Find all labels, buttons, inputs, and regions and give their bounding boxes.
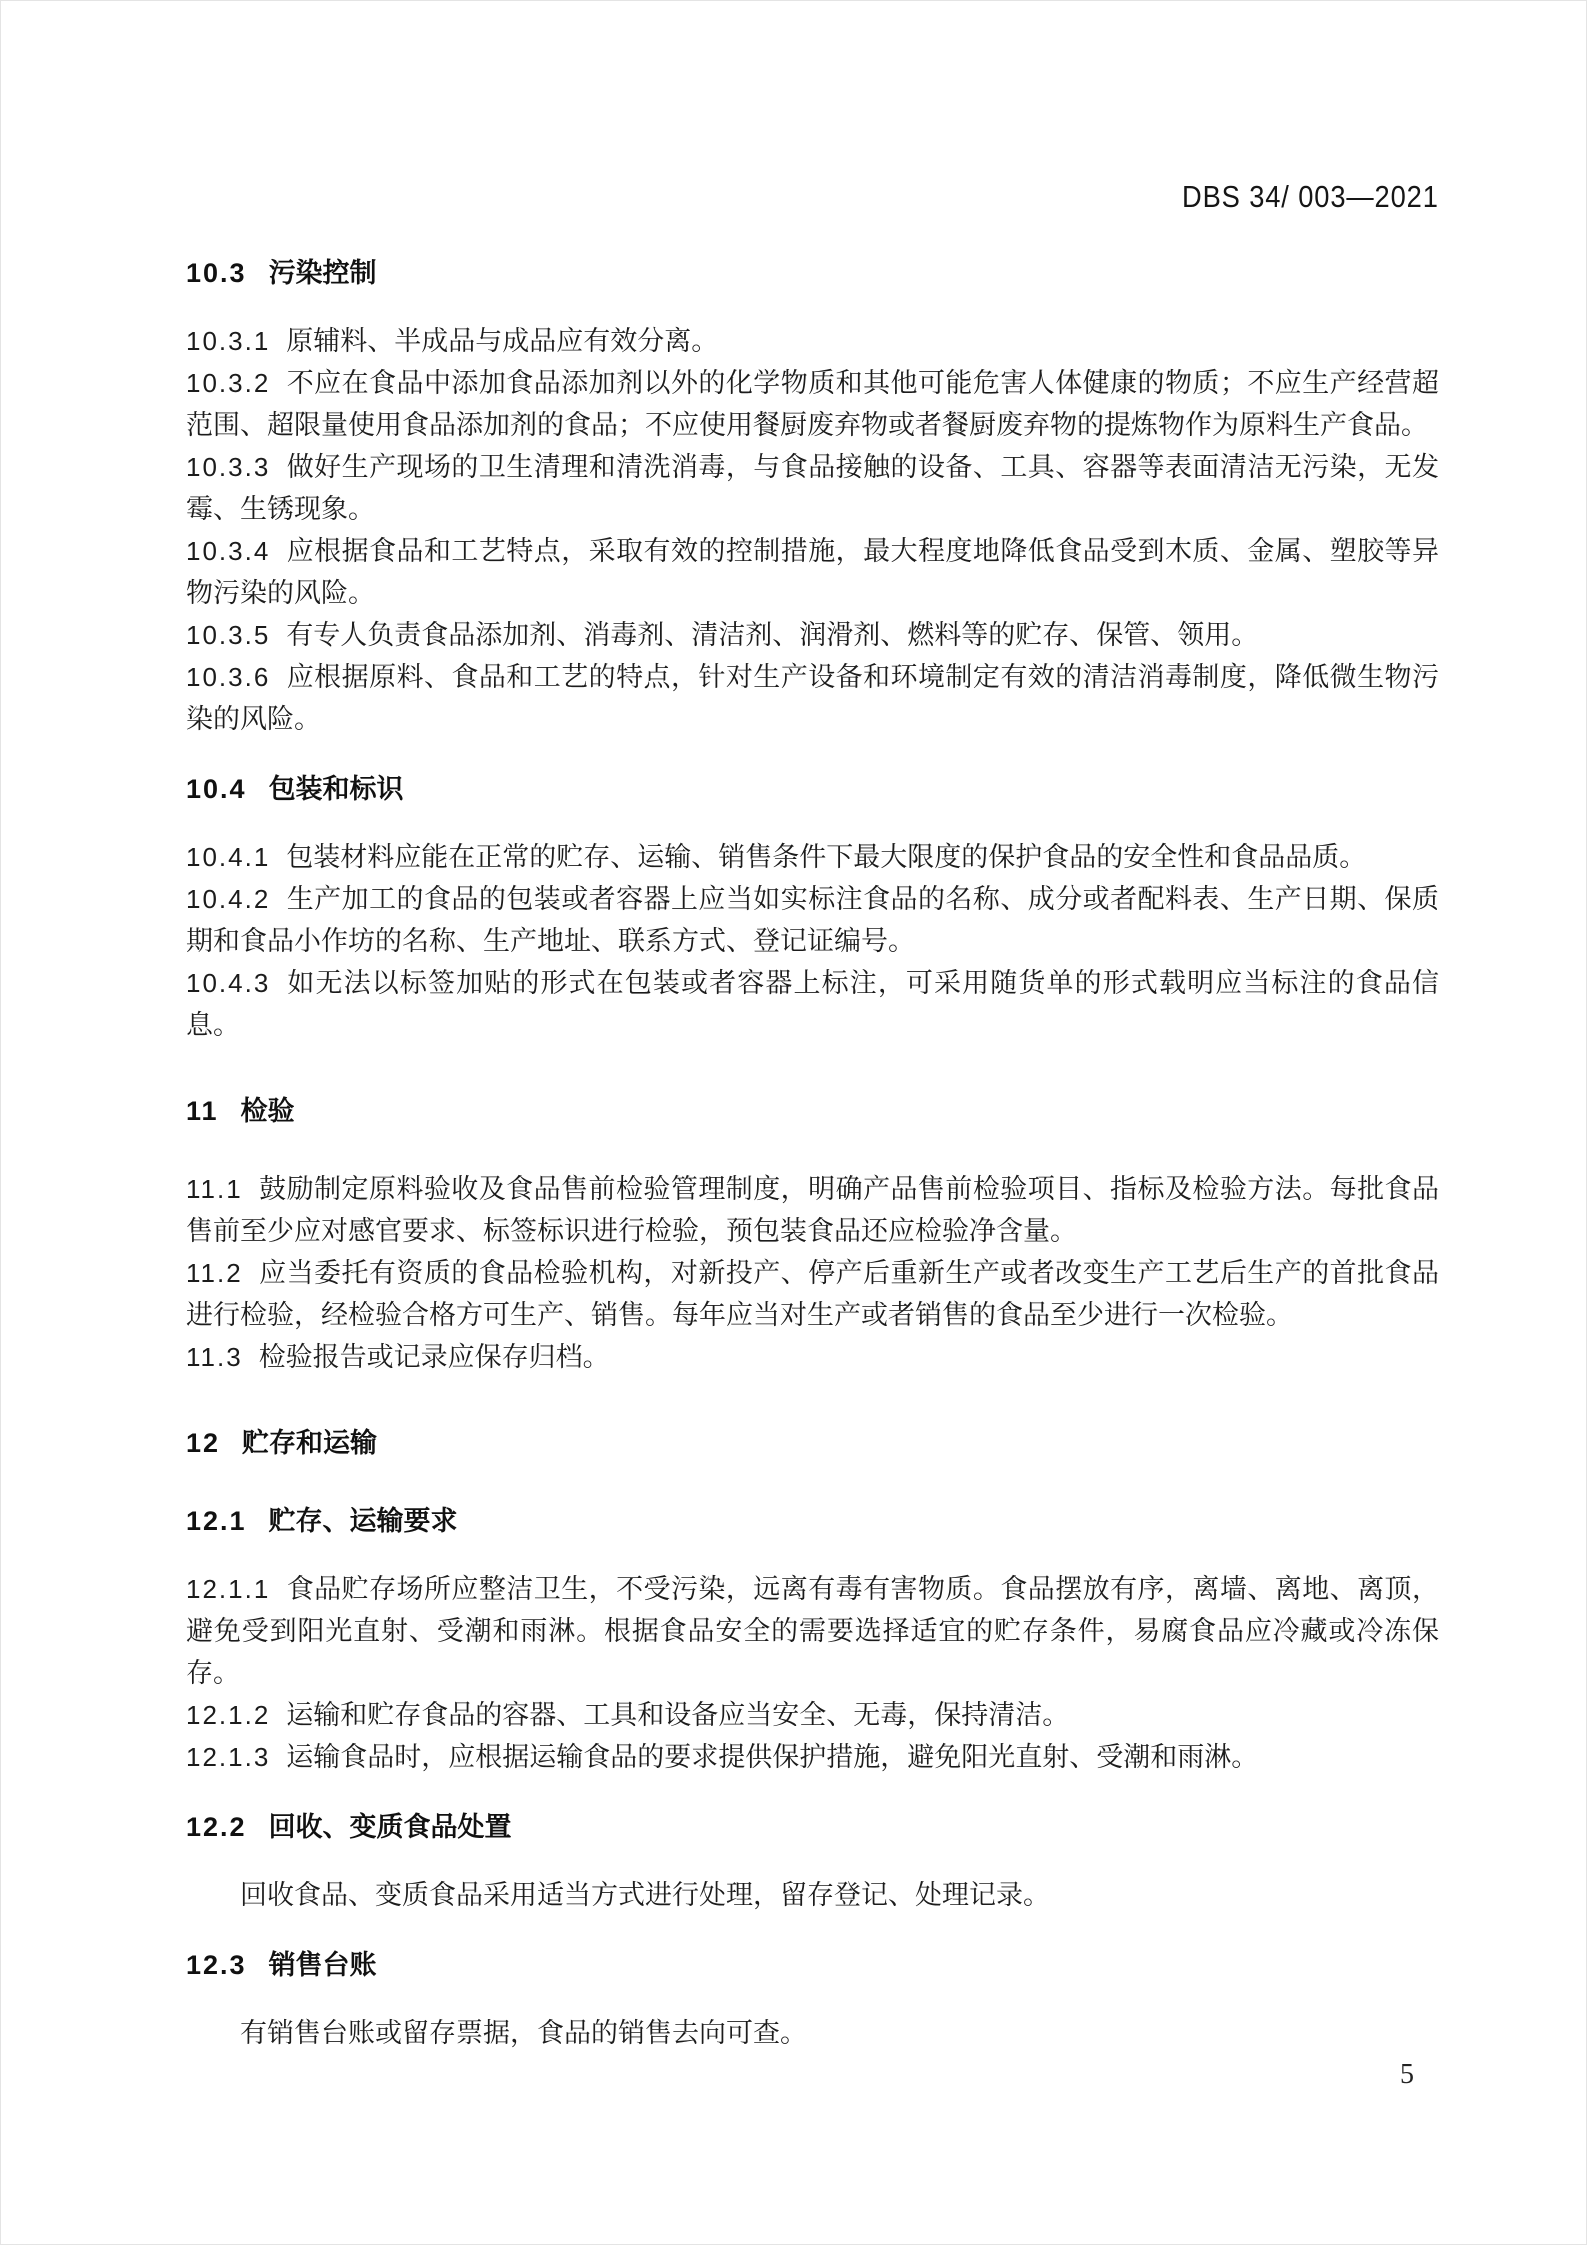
clause-number: 12.1.3 bbox=[186, 1742, 270, 1772]
section-number: 12.1 bbox=[186, 1506, 247, 1536]
clause-text: 生产加工的食品的包装或者容器上应当如实标注食品的名称、成分或者配料表、生产日期、… bbox=[186, 884, 1439, 956]
clause-text: 运输和贮存食品的容器、工具和设备应当安全、无毒，保持清洁。 bbox=[286, 1700, 1069, 1730]
document-header: DBS 34/ 003—2021 bbox=[186, 176, 1439, 224]
clause-number: 12.1.2 bbox=[186, 1700, 270, 1730]
clause-number: 11.1 bbox=[186, 1174, 243, 1204]
clause-text: 做好生产现场的卫生清理和清洗消毒，与食品接触的设备、工具、容器等表面清洁无污染，… bbox=[186, 452, 1439, 524]
clause-paragraph: 12.1.1食品贮存场所应整洁卫生，不受污染，远离有毒有害物质。食品摆放有序，离… bbox=[186, 1568, 1439, 1694]
chapter-number: 12 bbox=[186, 1428, 220, 1458]
clause-text: 应根据食品和工艺特点，采取有效的控制措施，最大程度地降低食品受到木质、金属、塑胶… bbox=[186, 536, 1439, 608]
section-number: 12.2 bbox=[186, 1812, 247, 1842]
clause-paragraph: 10.3.5有专人负责食品添加剂、消毒剂、清洁剂、润滑剂、燃料等的贮存、保管、领… bbox=[186, 614, 1439, 656]
section-heading: 10.3污染控制 bbox=[186, 252, 1439, 294]
clause-paragraph: 11.3检验报告或记录应保存归档。 bbox=[186, 1336, 1439, 1378]
clause-text: 检验报告或记录应保存归档。 bbox=[259, 1342, 610, 1372]
section-heading: 12.3销售台账 bbox=[186, 1944, 1439, 1986]
section-number: 10.3 bbox=[186, 258, 247, 288]
clause-text: 鼓励制定原料验收及食品售前检验管理制度，明确产品售前检验项目、指标及检验方法。每… bbox=[186, 1174, 1439, 1246]
clause-text: 原辅料、半成品与成品应有效分离。 bbox=[286, 326, 718, 356]
doc-code: DBS 34/ 003—2021 bbox=[1182, 176, 1439, 218]
section-title: 贮存、运输要求 bbox=[269, 1506, 458, 1536]
clause-paragraph: 11.2应当委托有资质的食品检验机构，对新投产、停产后重新生产或者改变生产工艺后… bbox=[186, 1252, 1439, 1336]
section-number: 12.3 bbox=[186, 1950, 247, 1980]
clause-number: 10.3.3 bbox=[186, 452, 270, 482]
section-title: 销售台账 bbox=[269, 1950, 377, 1980]
body-paragraph: 回收食品、变质食品采用适当方式进行处理，留存登记、处理记录。 bbox=[186, 1874, 1439, 1916]
clause-text: 食品贮存场所应整洁卫生，不受污染，远离有毒有害物质。食品摆放有序，离墙、离地、离… bbox=[186, 1574, 1439, 1688]
clause-paragraph: 10.4.1包装材料应能在正常的贮存、运输、销售条件下最大限度的保护食品的安全性… bbox=[186, 836, 1439, 878]
clause-paragraph: 12.1.2运输和贮存食品的容器、工具和设备应当安全、无毒，保持清洁。 bbox=[186, 1694, 1439, 1736]
section-title: 回收、变质食品处置 bbox=[269, 1812, 512, 1842]
clause-number: 10.3.6 bbox=[186, 662, 270, 692]
clause-number: 10.3.1 bbox=[186, 326, 270, 356]
chapter-heading: 11检验 bbox=[186, 1090, 1439, 1132]
clause-text: 不应在食品中添加食品添加剂以外的化学物质和其他可能危害人体健康的物质；不应生产经… bbox=[186, 368, 1439, 440]
body-paragraph: 有销售台账或留存票据，食品的销售去向可查。 bbox=[186, 2012, 1439, 2054]
clause-text: 应当委托有资质的食品检验机构，对新投产、停产后重新生产或者改变生产工艺后生产的首… bbox=[186, 1258, 1439, 1330]
clause-paragraph: 10.4.3如无法以标签加贴的形式在包装或者容器上标注，可采用随货单的形式载明应… bbox=[186, 962, 1439, 1046]
clause-text: 包装材料应能在正常的贮存、运输、销售条件下最大限度的保护食品的安全性和食品品质。 bbox=[286, 842, 1366, 872]
chapter-number: 11 bbox=[186, 1096, 219, 1126]
chapter-title: 检验 bbox=[241, 1096, 295, 1126]
clause-number: 10.4.1 bbox=[186, 842, 270, 872]
section-heading: 12.2回收、变质食品处置 bbox=[186, 1806, 1439, 1848]
clause-paragraph: 10.3.2不应在食品中添加食品添加剂以外的化学物质和其他可能危害人体健康的物质… bbox=[186, 362, 1439, 446]
document-page: DBS 34/ 003—2021 10.3污染控制 10.3.1原辅料、半成品与… bbox=[0, 0, 1587, 2245]
clause-paragraph: 10.4.2生产加工的食品的包装或者容器上应当如实标注食品的名称、成分或者配料表… bbox=[186, 878, 1439, 962]
clause-number: 10.4.2 bbox=[186, 884, 270, 914]
clause-number: 10.4.3 bbox=[186, 968, 270, 998]
clause-text: 如无法以标签加贴的形式在包装或者容器上标注，可采用随货单的形式载明应当标注的食品… bbox=[186, 968, 1439, 1040]
section-heading: 12.1贮存、运输要求 bbox=[186, 1500, 1439, 1542]
clause-number: 10.3.2 bbox=[186, 368, 270, 398]
chapter-heading: 12贮存和运输 bbox=[186, 1422, 1439, 1464]
clause-paragraph: 10.3.4应根据食品和工艺特点，采取有效的控制措施，最大程度地降低食品受到木质… bbox=[186, 530, 1439, 614]
section-number: 10.4 bbox=[186, 774, 247, 804]
chapter-title: 贮存和运输 bbox=[242, 1428, 377, 1458]
clause-paragraph: 10.3.3做好生产现场的卫生清理和清洗消毒，与食品接触的设备、工具、容器等表面… bbox=[186, 446, 1439, 530]
clause-paragraph: 10.3.6应根据原料、食品和工艺的特点，针对生产设备和环境制定有效的清洁消毒制… bbox=[186, 656, 1439, 740]
section-title: 污染控制 bbox=[269, 258, 377, 288]
page-number: 5 bbox=[1400, 2059, 1414, 2091]
clause-number: 10.3.4 bbox=[186, 536, 270, 566]
clause-paragraph: 11.1鼓励制定原料验收及食品售前检验管理制度，明确产品售前检验项目、指标及检验… bbox=[186, 1168, 1439, 1252]
clause-text: 应根据原料、食品和工艺的特点，针对生产设备和环境制定有效的清洁消毒制度，降低微生… bbox=[186, 662, 1439, 734]
clause-number: 10.3.5 bbox=[186, 620, 270, 650]
section-title: 包装和标识 bbox=[269, 774, 404, 804]
clause-paragraph: 10.3.1原辅料、半成品与成品应有效分离。 bbox=[186, 320, 1439, 362]
document-body: 10.3污染控制 10.3.1原辅料、半成品与成品应有效分离。 10.3.2不应… bbox=[186, 252, 1439, 2054]
section-heading: 10.4包装和标识 bbox=[186, 768, 1439, 810]
clause-number: 11.2 bbox=[186, 1258, 243, 1288]
clause-paragraph: 12.1.3运输食品时，应根据运输食品的要求提供保护措施，避免阳光直射、受潮和雨… bbox=[186, 1736, 1439, 1778]
clause-number: 11.3 bbox=[186, 1342, 243, 1372]
clause-number: 12.1.1 bbox=[186, 1574, 270, 1604]
clause-text: 运输食品时，应根据运输食品的要求提供保护措施，避免阳光直射、受潮和雨淋。 bbox=[286, 1742, 1258, 1772]
clause-text: 有专人负责食品添加剂、消毒剂、清洁剂、润滑剂、燃料等的贮存、保管、领用。 bbox=[286, 620, 1258, 650]
